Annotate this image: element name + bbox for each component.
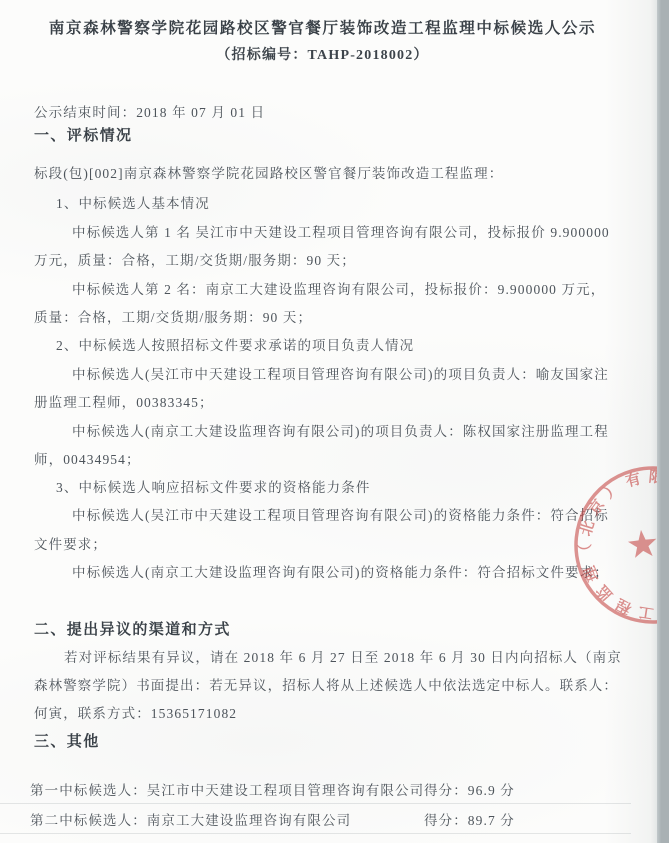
tender-number: （招标编号：TAHP-2018002） — [0, 44, 645, 64]
score-row-2-score: 得分：89.7 分 — [424, 809, 515, 829]
candidate-1-line: 中标候选人第 1 名 吴江市中天建设工程项目管理咨询有限公司，投标报价 9.90… — [72, 221, 617, 241]
score-row-2: 第二中标候选人：南京工大建设监理咨询有限公司 得分：89.7 分 — [30, 809, 617, 829]
objection-line-2: 森林警察学院）书面提出：若无异议，招标人将从上述候选人中依法选定中标人。联系人： — [34, 674, 617, 694]
item-1-heading: 1、中标候选人基本情况 — [56, 192, 617, 212]
qualification-1-line-cont: 文件要求； — [34, 533, 617, 553]
seal-star-icon — [626, 527, 657, 562]
manager-1-line: 中标候选人(吴江市中天建设工程项目管理咨询有限公司)的项目负责人：喻友国家注 — [72, 363, 617, 383]
scan-background-edge — [657, 0, 669, 843]
scanned-announcement-page: { "doc": { "title": "南京森林警察学院花园路校区警官餐厅装饰… — [0, 0, 669, 843]
manager-2-line-cont: 师，00434954； — [34, 448, 617, 468]
scan-artifact-line — [0, 803, 631, 804]
document-title: 南京森林警察学院花园路校区警官餐厅装饰改造工程监理中标候选人公示 — [0, 16, 645, 38]
section-1-heading: 一、评标情况 — [34, 124, 617, 145]
document-page: 南京森林警察学院花园路校区警官餐厅装饰改造工程监理中标候选人公示 （招标编号：T… — [0, 0, 657, 843]
candidate-2-line-cont: 质量：合格，工期/交货期/服务期：90 天； — [34, 306, 617, 326]
score-row-1: 第一中标候选人：吴江市中天建设工程项目管理咨询有限公司 得分：96.9 分 — [30, 779, 617, 799]
contact-line: 何寅，联系方式：15365171082 — [34, 702, 617, 722]
objection-line-1: 若对评标结果有异议，请在 2018 年 6 月 27 日至 2018 年 6 月… — [64, 646, 617, 666]
candidate-2-line: 中标候选人第 2 名：南京工大建设监理咨询有限公司，投标报价：9.900000 … — [72, 278, 617, 298]
item-3-heading: 3、中标候选人响应招标文件要求的资格能力条件 — [56, 476, 617, 496]
section-2-heading: 二、提出异议的渠道和方式 — [34, 618, 617, 639]
qualification-2-line: 中标候选人(南京工大建设监理咨询有限公司)的资格能力条件：符合招标文件要求； — [72, 561, 617, 581]
manager-1-line-cont: 册监理工程师，00383345； — [34, 391, 617, 411]
score-row-1-score: 得分：96.9 分 — [424, 779, 515, 799]
candidate-1-line-cont: 万元，质量：合格，工期/交货期/服务期：90 天； — [34, 249, 617, 269]
score-row-1-name: 第一中标候选人：吴江市中天建设工程项目管理咨询有限公司 — [30, 779, 424, 799]
section-3-heading: 三、其他 — [34, 730, 617, 751]
item-2-heading: 2、中标候选人按照招标文件要求承诺的项目负责人情况 — [56, 334, 617, 354]
qualification-1-line: 中标候选人(吴江市中天建设工程项目管理咨询有限公司)的资格能力条件：符合招标 — [72, 504, 617, 524]
manager-2-line: 中标候选人(南京工大建设监理咨询有限公司)的项目负责人：陈权国家注册监理工程 — [72, 420, 617, 440]
scan-artifact-line — [0, 833, 631, 834]
deadline-line: 公示结束时间：2018 年 07 月 01 日 — [34, 101, 617, 121]
bid-section-line: 标段(包)[002]南京森林警察学院花园路校区警官餐厅装饰改造工程监理： — [34, 162, 617, 182]
score-row-2-name: 第二中标候选人：南京工大建设监理咨询有限公司 — [30, 809, 351, 829]
